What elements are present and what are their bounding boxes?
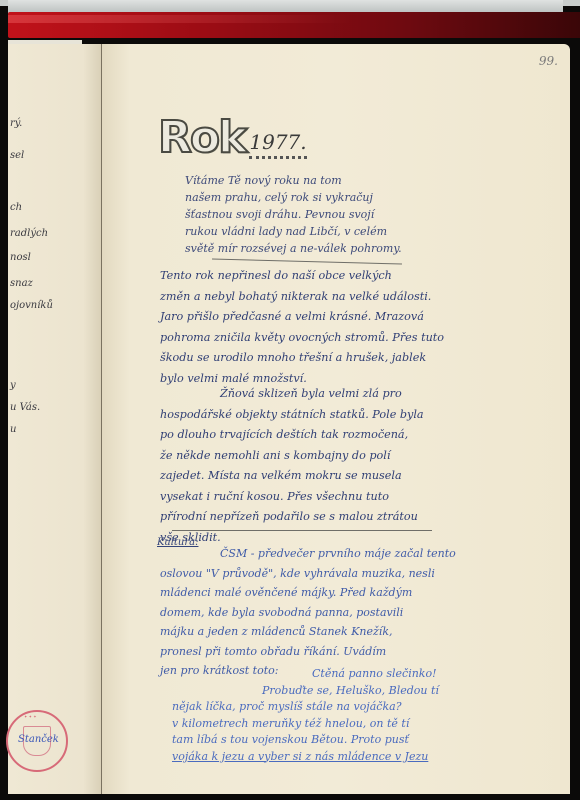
- poem-line: rukou vládni lady nad Libčí, v celém: [185, 223, 455, 240]
- text-line: změn a nebyl bohatý nikterak na velké ud…: [160, 287, 520, 308]
- left-page-text: rý. sel ch radlých nosl snaz ojovníků y …: [8, 0, 102, 800]
- paragraph-culture: ČSM - předvečer prvního máje začal tento…: [160, 544, 520, 681]
- left-fragment: snaz: [10, 278, 33, 289]
- new-year-poem: Vítáme Tě nový roku na tom našem prahu, …: [185, 172, 455, 257]
- right-page: 99. Rok 1977. Vítáme Tě nový roku na tom…: [102, 44, 570, 796]
- verse-line: Ctěná panno slečinko!: [172, 666, 532, 683]
- left-fragment: ojovníků: [10, 300, 53, 311]
- left-fragment: nosl: [10, 252, 31, 263]
- text-line: oslovou "V průvodě", kde vyhrávala muzik…: [160, 564, 520, 584]
- left-fragment: sel: [10, 150, 24, 161]
- text-line: hospodářské objekty státních statků. Pol…: [160, 405, 520, 426]
- poem-line: šťastnou svoji dráhu. Pevnou svojí: [185, 206, 455, 223]
- poem-line: Vítáme Tě nový roku na tom: [185, 172, 455, 189]
- text-line: přírodní nepřízeň podařilo se s malou zt…: [160, 507, 520, 528]
- paragraph-harvest: Žňová sklizeň byla velmi zlá pro hospodá…: [160, 384, 520, 548]
- verse-line: nějak líčka, proč myslíš stále na vojáčk…: [172, 699, 532, 716]
- left-fragment: y: [10, 380, 16, 391]
- text-line: po dlouho trvajících deštích tak rozmoče…: [160, 425, 520, 446]
- text-line: domem, kde byla svobodná panna, postavil…: [160, 603, 520, 623]
- text-line: Tento rok nepřinesl do naší obce velkých: [160, 266, 520, 287]
- official-stamp: ✦ ✦ ✦ Stanček: [6, 710, 68, 772]
- stamp-ring-text: ✦ ✦ ✦: [24, 714, 37, 719]
- text-line: Jaro přišlo předčasné a velmi krásné. Mr…: [160, 307, 520, 328]
- text-line: zajedet. Místa na velkém mokru se musela: [160, 466, 520, 487]
- left-fragment: u Vás.: [10, 402, 40, 413]
- left-fragment: radlých: [10, 228, 48, 239]
- text-line: pronesl při tomto obřadu říkání. Uvádím: [160, 642, 520, 662]
- verse-line: vojáka k jezu a vyber si z nás mládence …: [172, 749, 532, 766]
- poem-divider: [212, 259, 402, 265]
- text-line: mládenci malé ověnčené májky. Před každý…: [160, 583, 520, 603]
- title-word: Rok: [158, 112, 245, 163]
- page-number: 99.: [539, 54, 558, 68]
- poem-line: světě mír rozsévej a ne-válek pohromy.: [185, 240, 455, 257]
- left-fragment: u: [10, 424, 16, 435]
- paragraph-weather: Tento rok nepřinesl do naší obce velkých…: [160, 266, 520, 389]
- chapter-title: Rok 1977.: [158, 112, 307, 163]
- left-fragment: rý.: [10, 118, 22, 129]
- text-line: Žňová sklizeň byla velmi zlá pro: [160, 384, 520, 405]
- stamp-signature: Stanček: [18, 734, 59, 745]
- verse-maypole: Ctěná panno slečinko! Probuďte se, Heluš…: [172, 666, 532, 765]
- verse-line: Probuďte se, Heluško, Bledou tí: [172, 683, 532, 700]
- text-line: škodu se urodilo mnoho třešní a hrušek, …: [160, 348, 520, 369]
- text-line: májku a jeden z mládenců Stanek Knežík,: [160, 622, 520, 642]
- scanner-bed-bottom: [0, 794, 580, 800]
- poem-line: našem prahu, celý rok si vykračuj: [185, 189, 455, 206]
- verse-line: v kilometrech meruňky též hnelou, on tě …: [172, 716, 532, 733]
- title-year: 1977.: [249, 130, 306, 159]
- text-line: že někde nemohli ani s kombajny do polí: [160, 446, 520, 467]
- text-line: pohroma zničila květy ovocných stromů. P…: [160, 328, 520, 349]
- text-line: ČSM - předvečer prvního máje začal tento: [160, 544, 520, 564]
- verse-line: tam líbá s tou vojenskou Bětou. Proto pu…: [172, 732, 532, 749]
- left-fragment: ch: [10, 202, 22, 213]
- section-divider: [172, 530, 432, 531]
- text-line: vysekat i ruční kosou. Přes všechnu tuto: [160, 487, 520, 508]
